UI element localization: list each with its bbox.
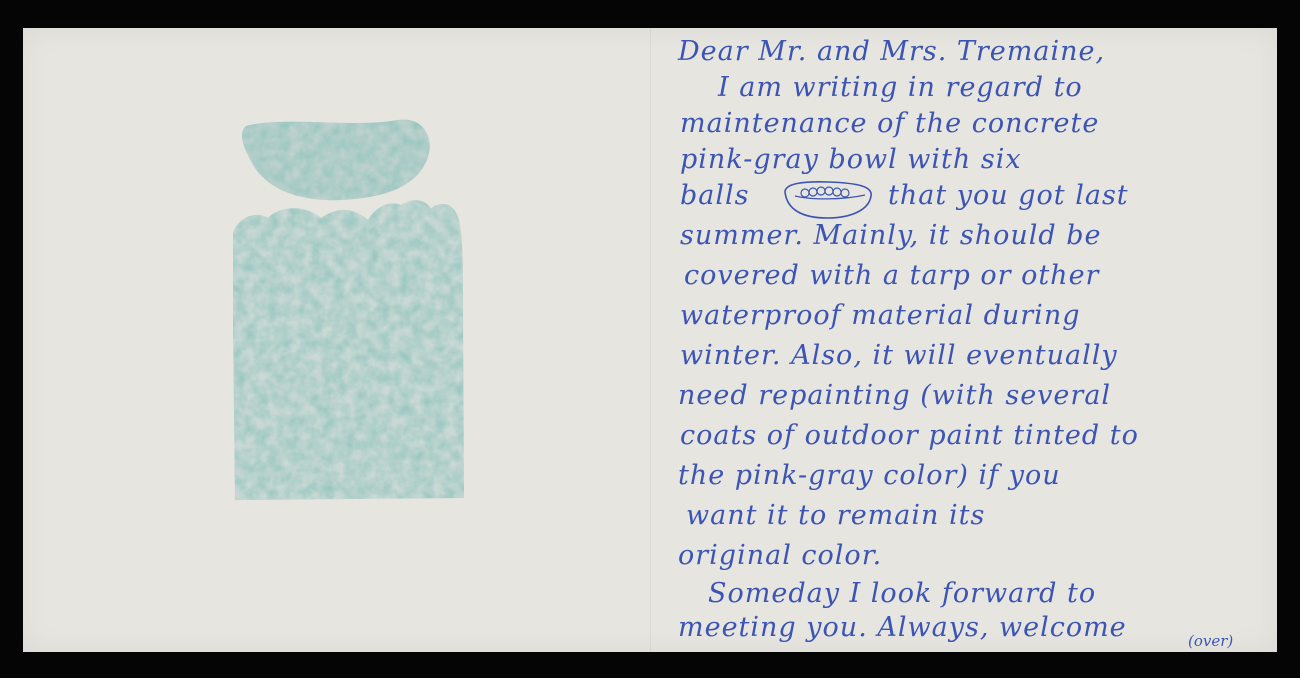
fold-line [650, 28, 651, 652]
letter-line: summer. Mainly, it should be [680, 220, 1102, 251]
block-shape [233, 200, 464, 500]
letter-line: winter. Also, it will eventually [680, 340, 1118, 371]
letter-line: original color. [678, 540, 882, 571]
letter-line: balls [680, 180, 750, 211]
letter-paper: Dear Mr. and Mrs. Tremaine, I am writing… [23, 28, 1277, 652]
bowl-sketch-icon [781, 178, 876, 223]
handwritten-letter: Dear Mr. and Mrs. Tremaine, I am writing… [678, 28, 1268, 652]
letter-line: pink-gray bowl with six [680, 144, 1022, 175]
letter-line: want it to remain its [686, 500, 985, 531]
over-note: (over) [1188, 632, 1233, 650]
letter-line: coats of outdoor paint tinted to [680, 420, 1139, 451]
letter-line: maintenance of the concrete [680, 108, 1099, 139]
monoprint-image [23, 28, 650, 652]
letter-line: Dear Mr. and Mrs. Tremaine, [678, 36, 1105, 67]
letter-line: the pink-gray color) if you [678, 460, 1061, 491]
letter-line: meeting you. Always, welcome [678, 612, 1127, 643]
letter-line: that you got last [888, 180, 1129, 211]
letter-line: covered with a tarp or other [684, 260, 1099, 291]
crescent-shape [242, 120, 430, 201]
letter-line: Someday I look forward to [708, 578, 1096, 609]
letter-line: need repainting (with several [678, 380, 1111, 411]
letter-line: waterproof material during [680, 300, 1081, 331]
letter-line: I am writing in regard to [718, 72, 1083, 103]
